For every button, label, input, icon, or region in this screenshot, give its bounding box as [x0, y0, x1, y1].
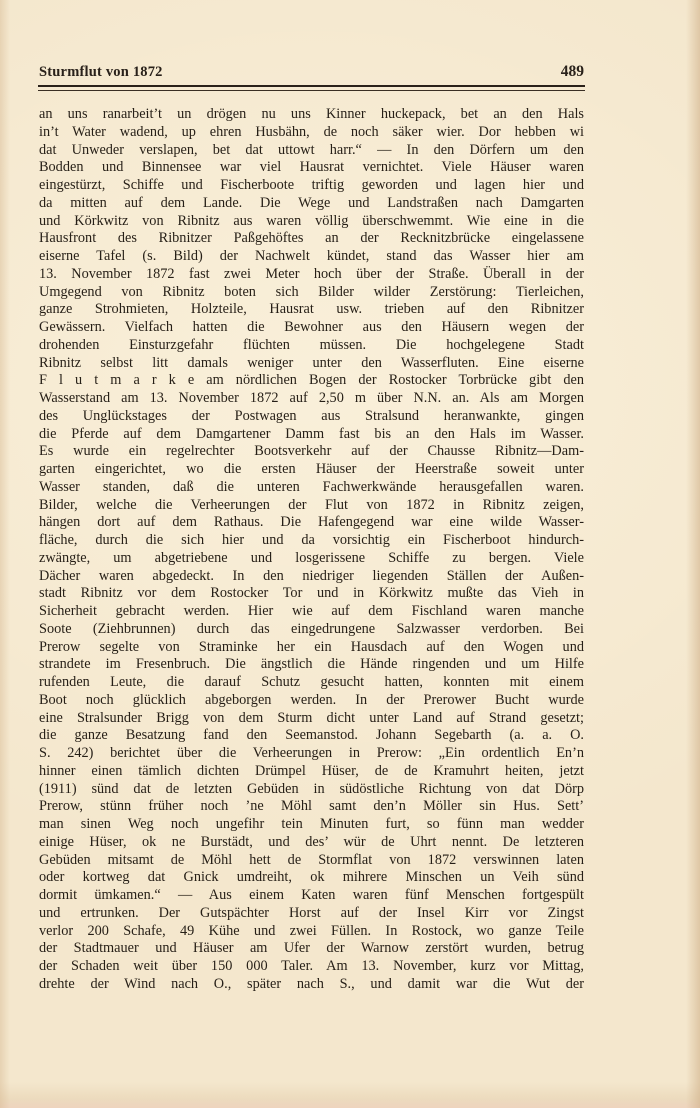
text-line: hinner einen tämlich dichten Drümpel Hüs…	[39, 763, 584, 781]
text-line: oder kortweg dat Gnick umdreiht, ok mihr…	[39, 869, 584, 887]
text-line: Ribnitz selbst litt damals weniger unter…	[39, 355, 584, 373]
text-line: (1911) sünd dat de letzten Gebüden in sü…	[39, 781, 584, 799]
text-line: Bodden und Binnensee war viel Hausrat ve…	[39, 159, 584, 177]
text-line: Hausfront des Ribnitzer Paßgehöftes an d…	[39, 230, 584, 248]
text-line: Sicherheit gebracht werden. Hier wie auf…	[39, 603, 584, 621]
text-line: die ganze Besatzung fand den Seemanstod.…	[39, 727, 584, 745]
text-line: in’t Water wadend, up ehren Husbähn, de …	[39, 124, 584, 142]
text-line: an uns ranarbeit’t un drögen nu uns Kinn…	[39, 106, 584, 124]
text-line: Prerow, stünn früher noch ’ne Möhl samt …	[39, 798, 584, 816]
text-line: Es wurde ein regelrechter Bootsverkehr a…	[39, 443, 584, 461]
text-line: der Stadtmauer und Häuser am Ufer der Wa…	[39, 940, 584, 958]
text-line: 13. November 1872 fast zwei Meter hoch ü…	[39, 266, 584, 284]
text-line: eingestürzt, Schiffe und Fischerboote tr…	[39, 177, 584, 195]
page-header: Sturmflut von 1872 489	[39, 63, 584, 81]
text-line: Prerow segelte von Straminke her ein Hau…	[39, 639, 584, 657]
text-line: drehte der Wind nach O., später nach S.,…	[39, 976, 584, 994]
text-line: garten eingerichtet, wo die ersten Häuse…	[39, 461, 584, 479]
text-line: hängen dort auf dem Rathaus. Die Hafenge…	[39, 514, 584, 532]
text-line: Bilder, welche die Verheerungen der Flut…	[39, 497, 584, 515]
header-rule	[38, 85, 585, 91]
text-line: verlor 200 Schafe, 49 Kühe und zwei Füll…	[39, 923, 584, 941]
text-line: und Körkwitz von Ribnitz aus waren völli…	[39, 213, 584, 231]
text-line: Gebüden mitsamt de Möhl hett de Stormfla…	[39, 852, 584, 870]
text-line: Soote (Ziehbrunnen) durch das eingedrung…	[39, 621, 584, 639]
text-line: F l u t m a r k e am nördlichen Bogen de…	[39, 372, 584, 390]
text-line: stadt Ribnitz vor dem Rostocker Tor und …	[39, 585, 584, 603]
text-line: Wasserstand am 13. November 1872 auf 2,5…	[39, 390, 584, 408]
text-line: strandete im Fresenbruch. Die ängstlich …	[39, 656, 584, 674]
text-line: Dächer waren abgedeckt. In den niedriger…	[39, 568, 584, 586]
text-line: fläche, durch die sich hier und da vorsi…	[39, 532, 584, 550]
text-line: drohenden Einsturzgefahr flüchten müssen…	[39, 337, 584, 355]
text-line: dormit ümkamen.“ — Aus einem Katen waren…	[39, 887, 584, 905]
text-line: Gewässern. Vielfach hatten die Bewohner …	[39, 319, 584, 337]
book-page: Sturmflut von 1872 489 an uns ranarbeit’…	[0, 0, 700, 1108]
text-line: man sinen Weg noch ungefihr tein Minuten…	[39, 816, 584, 834]
text-line: Wasser standen, daß die unteren Fachwerk…	[39, 479, 584, 497]
page-number: 489	[561, 63, 584, 81]
text-line: ganze Strohmieten, Holzteile, Hausrat us…	[39, 301, 584, 319]
running-title: Sturmflut von 1872	[39, 64, 163, 81]
text-line: eiserne Tafel (s. Bild) der Nachwelt kün…	[39, 248, 584, 266]
text-line: die Pferde auf dem Damgartener Damm fast…	[39, 426, 584, 444]
text-line: der Schaden weit über 150 000 Taler. Am …	[39, 958, 584, 976]
text-line: und ertrunken. Der Gutspächter Horst auf…	[39, 905, 584, 923]
text-line: einige Hüser, ok ne Burstädt, und des’ w…	[39, 834, 584, 852]
text-line: eine Stralsunder Brigg von dem Sturm dic…	[39, 710, 584, 728]
text-line: des Unglückstages der Postwagen aus Stra…	[39, 408, 584, 426]
text-line: zwängte, um abgetriebene und losgerissen…	[39, 550, 584, 568]
text-line: dat Unweder verslapen, bet dat uttowt ha…	[39, 142, 584, 160]
text-line: rufenden Leute, die darauf Schutz gesuch…	[39, 674, 584, 692]
text-line: S. 242) berichtet über die Verheerungen …	[39, 745, 584, 763]
body-text: an uns ranarbeit’t un drögen nu uns Kinn…	[39, 106, 584, 994]
text-line: Umgegend von Ribnitz boten sich Bilder w…	[39, 284, 584, 302]
text-line: Boot noch glücklich abgeborgen werden. I…	[39, 692, 584, 710]
text-line: da mitten auf dem Lande. Die Wege und La…	[39, 195, 584, 213]
